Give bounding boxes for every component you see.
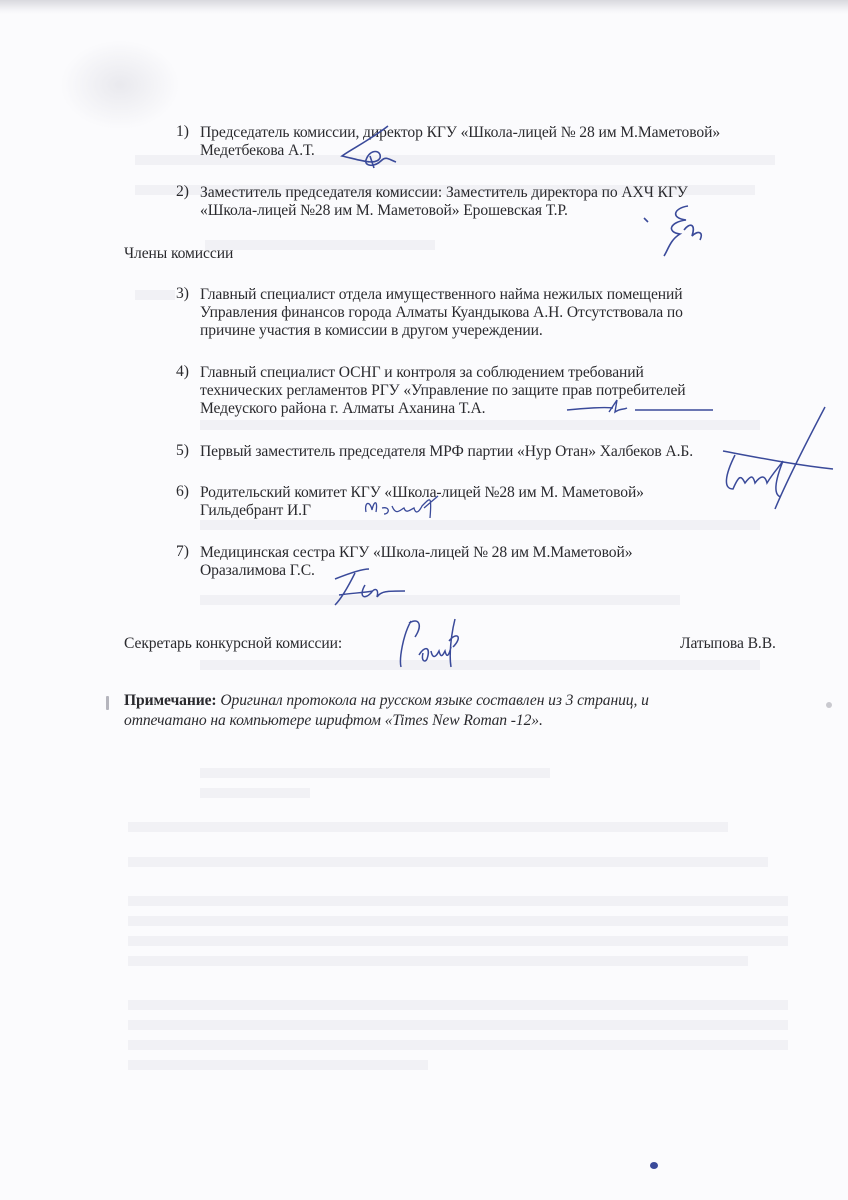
item-line: Оразалимова Г.С. — [200, 562, 315, 580]
signature-member-6 — [360, 488, 445, 528]
scan-edge-shadow — [0, 0, 848, 14]
item-line: Медетбекова А.Т. — [200, 142, 315, 160]
item-line: причине участия в комиссии в другом учер… — [200, 322, 543, 340]
note-line-1: Примечание: Оригинал протокола на русско… — [124, 692, 649, 710]
item-line: Главный специалист отдела имущественного… — [200, 286, 683, 304]
secretary-label: Секретарь конкурсной комиссии: — [124, 635, 342, 653]
ink-speck — [650, 1162, 658, 1169]
members-heading: Члены комиссии — [124, 245, 233, 263]
item-line: Медицинская сестра КГУ «Школа-лицей № 28… — [200, 544, 632, 562]
item-line: Первый заместитель председателя МРФ парт… — [200, 443, 693, 461]
item-number: 7) — [176, 543, 189, 561]
secretary-name: Латыпова В.В. — [680, 635, 776, 653]
note-text: Оригинал протокола на русском языке сост… — [220, 692, 648, 709]
item-number: 4) — [176, 363, 189, 381]
item-number: 3) — [176, 285, 189, 303]
scan-speck — [826, 702, 832, 708]
scan-smudge — [60, 40, 180, 130]
item-line: Главный специалист ОСНГ и контроля за со… — [200, 364, 644, 382]
item-line: Гильдебрант И.Г — [200, 502, 311, 520]
item-line: Заместитель председателя комиссии: Замес… — [200, 184, 688, 202]
item-line: Медеуского района г. Алматы Аханина Т.А. — [200, 400, 485, 418]
item-line: «Школа-лицей №28 им М. Маметовой» Ерошев… — [200, 202, 568, 220]
item-number: 6) — [176, 483, 189, 501]
signature-member-5 — [715, 405, 835, 515]
note-label: Примечание: — [124, 692, 217, 709]
item-number: 5) — [176, 442, 189, 460]
signature-secretary — [395, 615, 475, 675]
scanned-document-page: 1) Председатель комиссии, директор КГУ «… — [0, 0, 848, 1200]
item-number: 2) — [176, 183, 189, 201]
signature-deputy — [640, 200, 720, 260]
item-line: Председатель комиссии, директор КГУ «Шко… — [200, 124, 720, 142]
signature-member-4 — [565, 398, 715, 418]
item-line: Управления финансов города Алматы Куанды… — [200, 304, 683, 322]
signature-chairman — [330, 120, 410, 175]
scan-speck — [106, 696, 109, 710]
note-line-2: отпечатано на компьютере шрифтом «Times … — [124, 712, 543, 730]
item-number: 1) — [176, 123, 189, 141]
signature-member-7 — [325, 565, 415, 610]
